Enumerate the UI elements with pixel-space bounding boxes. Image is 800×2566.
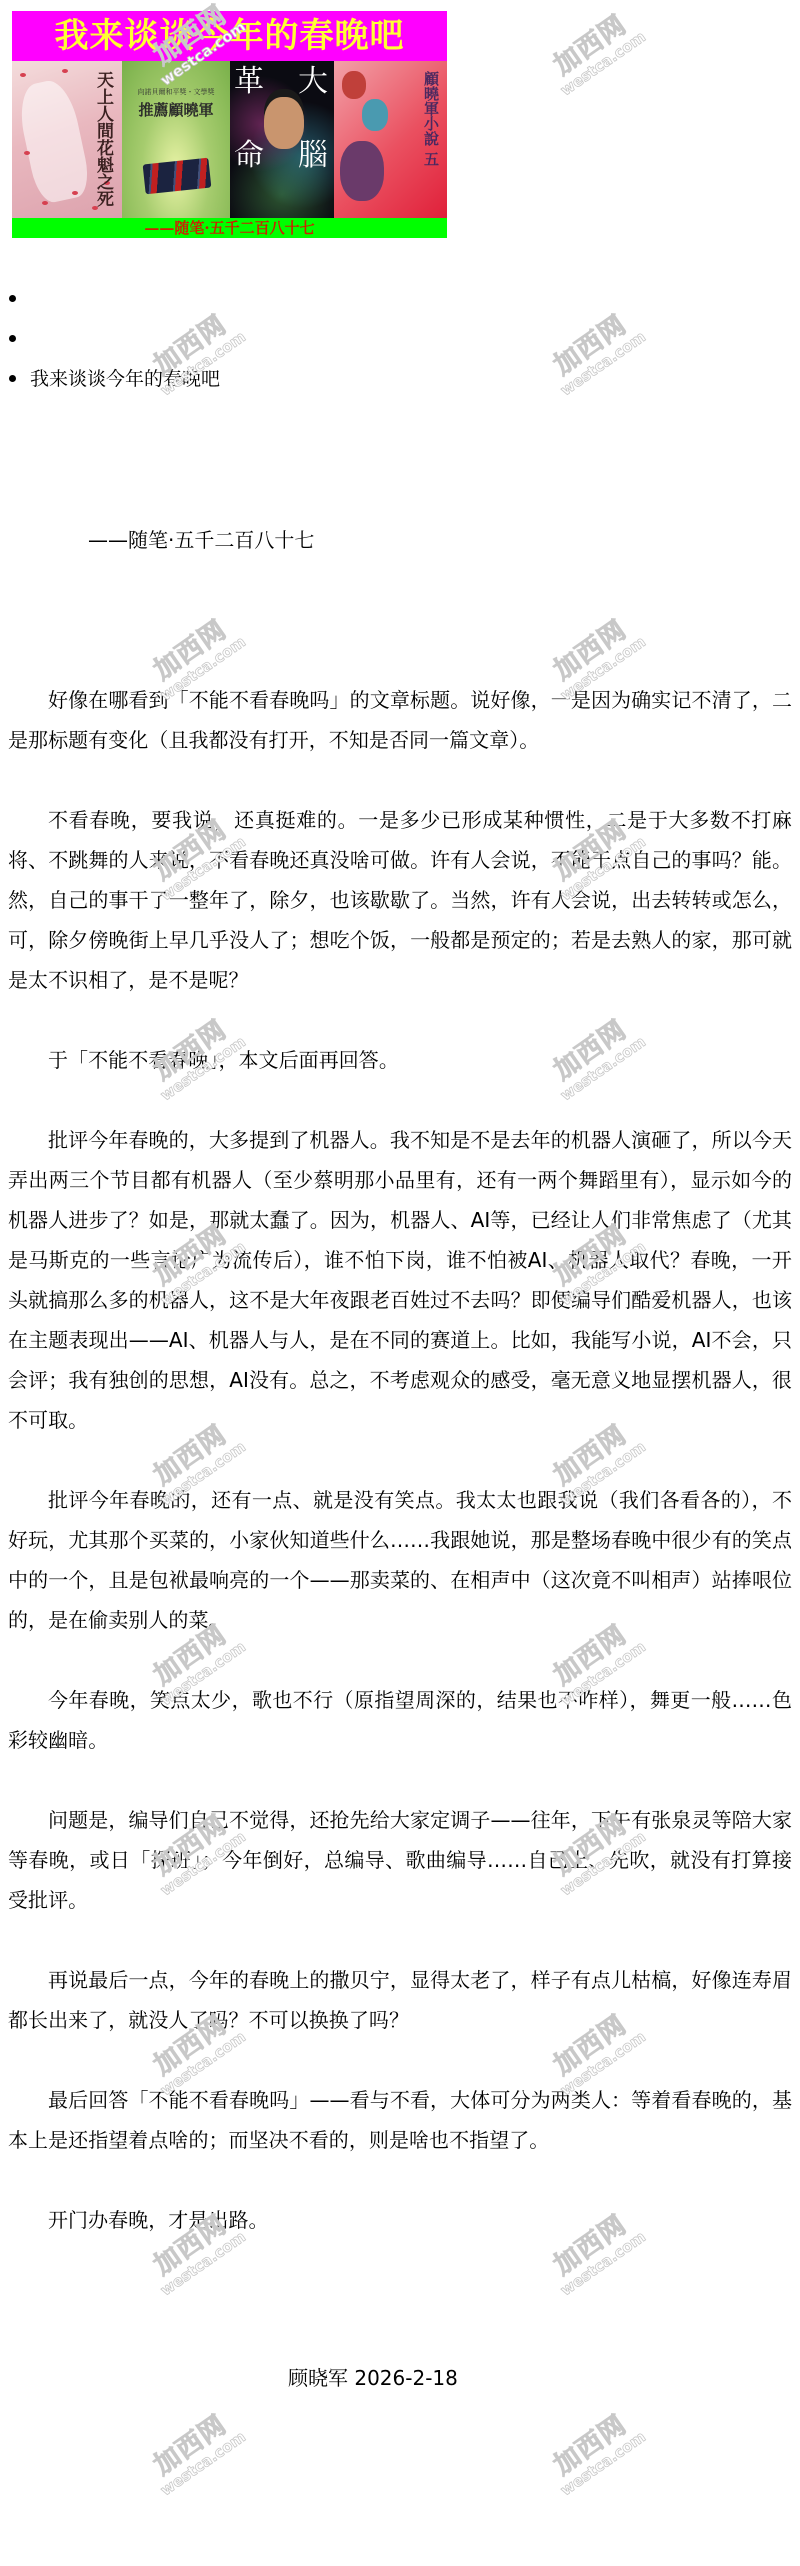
- paragraph-4: 批评今年春晚的，大多提到了机器人。我不知是不是去年的机器人演砸了，所以今天弄出两…: [8, 1120, 792, 1440]
- watermark-logo: 加西网westca.com: [135, 2400, 245, 2510]
- paragraph-1: 好像在哪看到「不能不看春晚吗」的文章标题。说好像，一是因为确实记不清了，二是那标…: [8, 680, 792, 760]
- paragraph-9: 最后回答「不能不看春晚吗」——看与不看，大体可分为两类人：等着看春晚的，基本上是…: [8, 2080, 792, 2160]
- book-cover-1: 天上人間花魁之死: [12, 61, 122, 218]
- article-subtitle: ——随笔·五千二百八十七: [88, 520, 314, 560]
- paragraph-3: 于「不能不看春晚」，本文后面再回答。: [8, 1040, 792, 1080]
- list-item-2[interactable]: [30, 319, 220, 359]
- paragraph-5: 批评今年春晚的，还有一点、就是没有笑点。我太太也跟我说（我们各看各的），不好玩，…: [8, 1480, 792, 1640]
- watermark-logo: 加西网westca.com: [535, 300, 645, 410]
- paragraph-10: 开门办春晚，才是出路。: [8, 2200, 792, 2240]
- paragraph-8: 再说最后一点，今年的春晚上的撒贝宁，显得太老了，样子有点儿枯槁，好像连寿眉都长出…: [8, 1960, 792, 2040]
- book-cover-3: 革 大 命 腦: [230, 61, 334, 218]
- paragraph-7: 问题是，编导们自己不觉得，还抢先给大家定调子——往年，下午有张泉灵等陪大家等春晚…: [8, 1800, 792, 1920]
- cover-1-title: 天上人間花魁之死: [93, 71, 112, 207]
- paragraph-6: 今年春晚，笑点太少，歌也不行（原指望周深的，结果也不咋样），舞更一般……色彩较幽…: [8, 1680, 792, 1760]
- banner-title: 我来谈谈今年的春晚吧: [12, 11, 447, 61]
- article-list: 我来谈谈今年的春晚吧: [0, 279, 220, 399]
- list-item-title[interactable]: 我来谈谈今年的春晚吧: [30, 359, 220, 399]
- article-banner-image: 我来谈谈今年的春晚吧 天上人間花魁之死 向諾貝爾和平獎・文學獎 推薦顧曉軍 革 …: [12, 11, 447, 238]
- cover-4-title: 顧曉軍小說 五: [422, 71, 439, 166]
- paragraph-2: 不看春晚，要我说，还真挺难的。一是多少已形成某种惯性，二是于大多数不打麻将、不跳…: [8, 800, 792, 1000]
- cover-2-book-fan: [143, 158, 212, 195]
- cover-figure: [14, 77, 93, 206]
- book-covers: 天上人間花魁之死 向諾貝爾和平獎・文學獎 推薦顧曉軍 革 大 命 腦 顧曉軍小說…: [12, 61, 447, 218]
- cover-2-small-text: 向諾貝爾和平獎・文學獎: [122, 87, 230, 97]
- list-item-1[interactable]: [30, 279, 220, 319]
- book-cover-4: 顧曉軍小說 五: [334, 61, 447, 218]
- watermark-logo: 加西网westca.com: [535, 0, 645, 110]
- watermark-logo: 加西网westca.com: [535, 2400, 645, 2510]
- author-signature: 顾晓军 2026-2-18: [288, 2358, 458, 2398]
- banner-subtitle: ——随笔·五千二百八十七: [12, 218, 447, 238]
- book-cover-2: 向諾貝爾和平獎・文學獎 推薦顧曉軍: [122, 61, 230, 218]
- cover-2-title: 推薦顧曉軍: [122, 99, 230, 120]
